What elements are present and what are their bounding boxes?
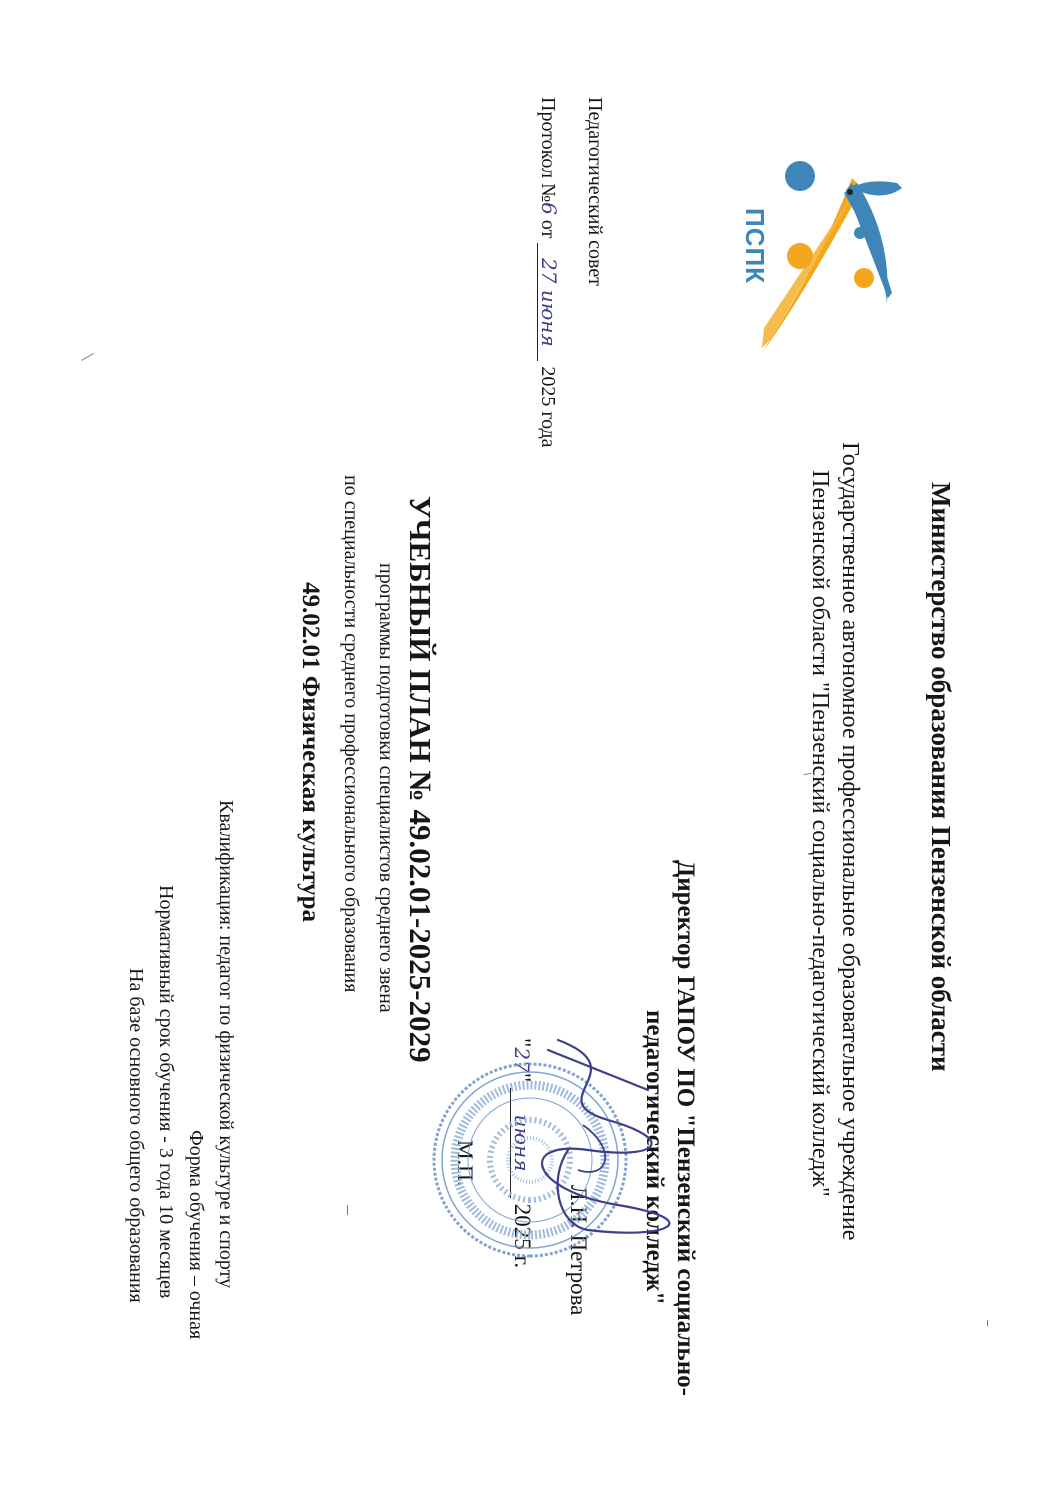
protocol-year: 2025 года xyxy=(537,366,559,447)
study-form: Форма обучения – очная xyxy=(186,1130,206,1339)
pedagogical-council-title: Педагогический совет xyxy=(585,97,605,286)
specialty-title: 49.02.01 Физическая культура xyxy=(298,582,323,922)
institution-line-1: Государственное автономное профессиональ… xyxy=(838,442,862,1240)
document-sheet: ПСПК Министерство образования Пензенской… xyxy=(0,0,1058,1496)
scan-artifact xyxy=(347,1205,348,1215)
study-duration: Нормативный срок обучения - 3 года 10 ме… xyxy=(156,885,176,1298)
protocol-date-field: 27 июня xyxy=(537,243,559,361)
plan-title: УЧЕБНЫЙ ПЛАН № 49.02.01-2025-2029 xyxy=(405,496,436,1063)
protocol-number: 6 xyxy=(537,202,561,215)
logo-text: ПСПК xyxy=(742,208,770,284)
qualification: Квалификация: педагог по физической куль… xyxy=(216,800,236,1288)
scanned-page: ПСПК Министерство образования Пензенской… xyxy=(0,0,1058,1496)
scan-artifact xyxy=(987,1320,988,1326)
signature-icon xyxy=(528,1030,678,1260)
plan-subtitle-2: по специальности среднего профессиональн… xyxy=(341,475,361,992)
ministry-title: Министерство образования Пензенской обла… xyxy=(927,482,954,1072)
plan-subtitle-1: программы подготовки специалистов средне… xyxy=(376,563,396,1013)
education-base: На базе основного общего образования xyxy=(126,968,146,1303)
college-logo-icon: ПСПК xyxy=(742,148,912,374)
scan-artifact xyxy=(81,353,94,361)
protocol-line: Протокол №6 от 27 июня 2025 года xyxy=(537,97,559,448)
institution-line-2: Пензенской области "Пензенский социально… xyxy=(808,470,832,1197)
